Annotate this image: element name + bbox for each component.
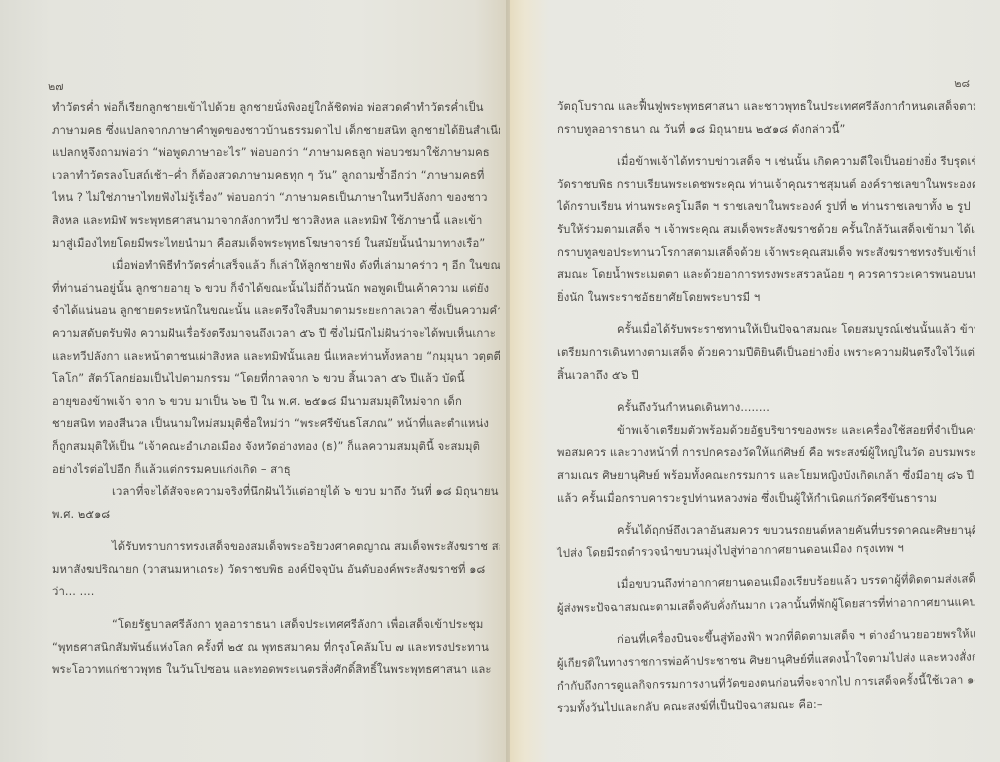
paragraph-start-line: เมื่อพ่อทำพิธีทำวัตรค่ำเสร็จแล้ว ก็เล่าใ…	[52, 255, 500, 278]
text-line: และทวีปลังกา และหน้าตาชนเผ่าสิงหล และทมิ…	[52, 346, 500, 369]
text-line: มหาสังฆปริณายก (วาสนมหาเถระ) วัดราชบพิธ …	[52, 559, 500, 582]
text-line: จำได้แน่นอน ลูกชายตระหนักในขณะนั้น และตร…	[52, 300, 500, 323]
paragraph-start-line: เวลาที่จะได้สัจจะความจริงที่นึกฝันไว้แต่…	[52, 481, 500, 504]
text-line: ได้กราบเรียน ท่านพระครูโมลีต ฯ ราชเลขาใน…	[557, 196, 975, 219]
text-line: อายุของข้าพเจ้า จาก ๖ ขวบ มาเป็น ๖๒ ปี ใ…	[52, 391, 500, 414]
text-line: ว่า... ....	[52, 581, 500, 604]
text-line: ที่ท่านอ่านอยู่นั้น ลูกชายอายุ ๖ ขวบ ก็จ…	[52, 278, 500, 301]
page-body-text: วัตถุโบราณ และฟื้นฟูพระพุทธศาสนา และชาวพ…	[557, 96, 975, 721]
text-line: พระโอวาทแก่ชาวพุทธ ในวันโปซอน และทอดพระเ…	[52, 659, 500, 682]
text-line: ทำวัตรค่ำ พ่อก็เรียกลูกชายเข้าไปด้วย ลูก…	[52, 97, 500, 120]
text-line: สามเณร ศิษยานุศิษย์ พร้อมทั้งคณะกรรมการ …	[557, 465, 975, 488]
text-line: สิ้นเวลาถึง ๕๖ ปี	[557, 365, 975, 388]
left-page: ๒๗ ทำวัตรค่ำ พ่อก็เรียกลูกชายเข้าไปด้วย …	[0, 0, 510, 762]
text-line: กราบทูลขอประทานวโรกาสตามเสด็จด้วย เจ้าพร…	[557, 242, 975, 265]
text-line: มาสู่เมืองไทยโดยมีพระไทยนำมา คือสมเด็จพร…	[52, 233, 500, 256]
text-line: “พุทธศาสนิกสัมพันธ์แห่งโลก ครั้งที่ ๒๕ ณ…	[52, 637, 500, 660]
text-line: ไหน ? ไม่ใช่ภาษาไทยฟังไม่รู้เรื่อง” พ่อบ…	[52, 187, 500, 210]
text-line: กราบทูลอาราธนา ณ วันที่ ๑๘ มิถุนายน ๒๕๑๘…	[557, 119, 975, 142]
page-number: ๒๘	[954, 74, 970, 92]
paragraph-start-line: ข้าพเจ้าเตรียมตัวพร้อมด้วยอัฐบริขารของพร…	[557, 420, 975, 443]
text-line: ก็ถูกสมมุติให้เป็น “เจ้าคณะอำเภอเมือง จั…	[52, 436, 500, 459]
paragraph-start-line: ได้รับทราบการทรงเสด็จของสมเด็จพระอริยวงศ…	[52, 536, 500, 559]
text-line: แปลกหูจึงถามพ่อว่า “พ่อพูดภาษาอะไร” พ่อบ…	[52, 142, 500, 165]
text-line: ความสดับตรับฟัง ความฝันเรื่อรังตรึงมาจนถ…	[52, 323, 500, 346]
text-line: วัตถุโบราณ และฟื้นฟูพระพุทธศาสนา และชาวพ…	[557, 96, 975, 119]
right-page: ๒๘ วัตถุโบราณ และฟื้นฟูพระพุทธศาสนา และช…	[510, 0, 1000, 762]
paragraph-start-line: ครั้นเมื่อได้รับพระราชทานให้เป็นปัจฉาสมณ…	[557, 319, 975, 342]
text-line: แล้ว ครั้นเมื่อกราบคารวะรูปท่านหลวงพ่อ ซ…	[557, 488, 975, 511]
text-line: ชายสนิท ทองสีนวล เป็นนามใหม่สมมุติชื่อให…	[52, 413, 500, 436]
section-heading-line: ครั้นถึงวันกำหนดเดินทาง........	[557, 397, 975, 420]
text-line: รวมทั้งวันไปและกลับ คณะสงฆ์ที่เป็นปัจฉาส…	[557, 692, 975, 721]
text-line: พ.ศ. ๒๕๑๘	[52, 504, 500, 527]
page-number: ๒๗	[48, 77, 64, 95]
text-line: สมณะ โดยน้ำพระเมตตา และด้วยอาการทรงพระสร…	[557, 264, 975, 287]
text-line: วัดราชบพิธ กราบเรียนพระเดชพระคุณ ท่านเจ้…	[557, 174, 975, 197]
open-book-spread: ๒๗ ทำวัตรค่ำ พ่อก็เรียกลูกชายเข้าไปด้วย …	[0, 0, 1000, 762]
page-body-text: ทำวัตรค่ำ พ่อก็เรียกลูกชายเข้าไปด้วย ลูก…	[52, 97, 500, 682]
text-line: ภาษามคธ ซึ่งแปลกจากภาษาคำพูดของชาวบ้านธร…	[52, 120, 500, 143]
text-line: พอสมควร และวางหน้าที่ การปกครองวัดให้แก่…	[557, 442, 975, 465]
quote-start-line: “โดยรัฐบาลศรีลังกา ทูลอาราธนา เสด็จประเท…	[52, 614, 500, 637]
text-line: เตรียมการเดินทางตามเสด็จ ด้วยความปีติยิน…	[557, 342, 975, 365]
paragraph-start-line: เมื่อข้าพเจ้าได้ทราบข่าวเสด็จ ฯ เช่นนั้น…	[557, 151, 975, 174]
text-line: ยิ่งนัก ในพระราชอัธยาศัยโดยพระบารมี ฯ	[557, 287, 975, 310]
text-line: อย่างไรต่อไปอีก ก็แล้วแต่กรรมคบแก่งเกิด …	[52, 459, 500, 482]
text-line: โลโก” สัตว์โลกย่อมเป็นไปตามกรรม “โดยที่ก…	[52, 368, 500, 391]
text-line: สิงหล และทมิฬ พระพุทธศาสนามาจากลังกาทวีป…	[52, 210, 500, 233]
text-line: เวลาทำวัตรลงโบสถ์เช้า–ค่ำ ก็ต้องสวดภาษาม…	[52, 165, 500, 188]
text-line: รับให้ร่วมตามเสด็จ ฯ เจ้าพระคุณ สมเด็จพร…	[557, 219, 975, 242]
